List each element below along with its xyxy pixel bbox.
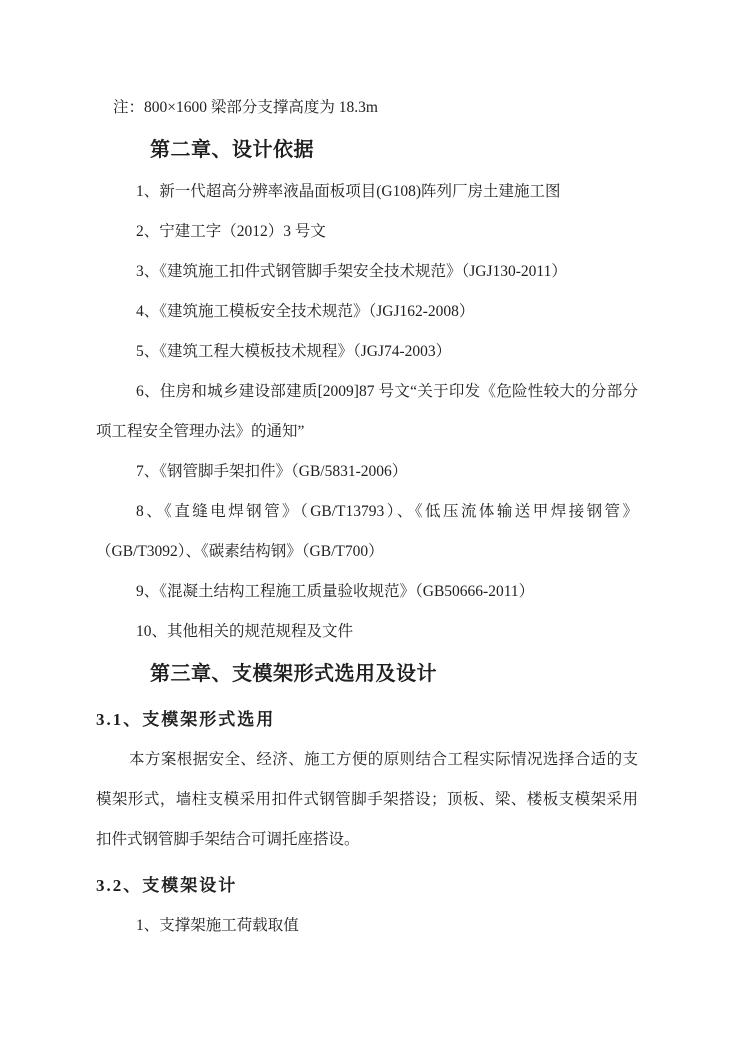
chapter-3-heading: 第三章、支模架形式选用及设计: [150, 652, 638, 696]
note-line: 注：800×1600 梁部分支撑高度为 18.3m: [96, 88, 638, 128]
reference-item-3: 3、《建筑施工扣件式钢管脚手架安全技术规范》（JGJ130-2011）: [96, 252, 638, 292]
reference-item-1: 1、新一代超高分辨率液晶面板项目(G108)阵列厂房土建施工图: [96, 172, 638, 212]
chapter-2-heading: 第二章、设计依据: [150, 128, 638, 172]
document-page: 注：800×1600 梁部分支撑高度为 18.3m 第二章、设计依据 1、新一代…: [0, 0, 744, 1052]
reference-item-5: 5、《建筑工程大模板技术规程》（JGJ74-2003）: [96, 332, 638, 372]
section-3-2-heading: 3.2、支模架设计: [96, 866, 638, 906]
reference-item-2: 2、宁建工字（2012）3 号文: [96, 212, 638, 252]
reference-item-10: 10、其他相关的规范规程及文件: [96, 612, 638, 652]
reference-item-7: 7、《钢管脚手架扣件》（GB/5831-2006）: [96, 452, 638, 492]
reference-item-4: 4、《建筑施工模板安全技术规范》（JGJ162-2008）: [96, 292, 638, 332]
section-3-2-item-1: 1、支撑架施工荷载取值: [96, 906, 638, 946]
section-3-1-paragraph: 本方案根据安全、经济、施工方便的原则结合工程实际情况选择合适的支模架形式，墙柱支…: [96, 740, 638, 860]
reference-item-9: 9、《混凝土结构工程施工质量验收规范》（GB50666-2011）: [96, 572, 638, 612]
reference-item-8: 8、《直缝电焊钢管》（GB/T13793）、《低压流体输送甲焊接钢管》（GB/T…: [96, 492, 638, 572]
section-3-1-heading: 3.1、支模架形式选用: [96, 700, 638, 740]
reference-item-6: 6、住房和城乡建设部建质[2009]87 号文“关于印发《危险性较大的分部分项工…: [96, 372, 638, 452]
